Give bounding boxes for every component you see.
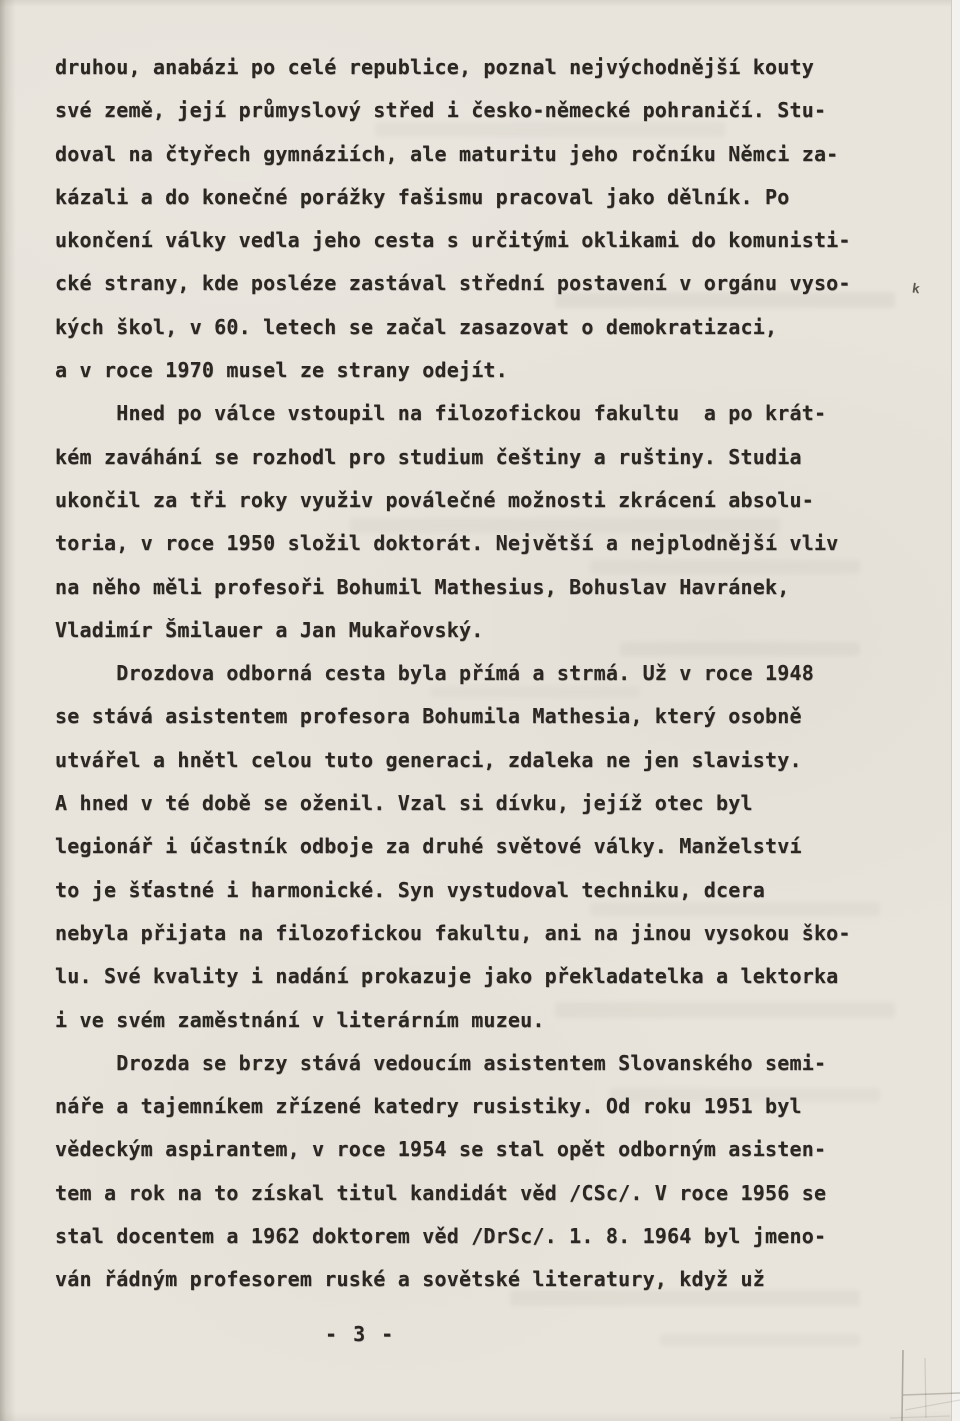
typewritten-line: vědeckým aspirantem, v roce 1954 se stal… xyxy=(55,1128,915,1171)
typewritten-line: Hned po válce vstoupil na filozofickou f… xyxy=(55,392,915,435)
bleed-through-smudge xyxy=(660,1334,860,1346)
page-number: - 3 - xyxy=(325,1322,395,1346)
scan-right-paper-edge xyxy=(951,0,960,1421)
typewritten-line: kém zaváhání se rozhodl pro studium češt… xyxy=(55,436,915,479)
typewritten-line: doval na čtyřech gymnáziích, ale maturit… xyxy=(55,133,915,176)
typewritten-line: utvářel a hnětl celou tuto generaci, zda… xyxy=(55,739,915,782)
typewritten-line: nebyla přijata na filozofickou fakultu, … xyxy=(55,912,915,955)
typewritten-line: své země, její průmyslový střed i česko-… xyxy=(55,89,915,132)
typewritten-line: lu. Své kvality i nadání prokazuje jako … xyxy=(55,955,915,998)
typewritten-line: A hned v té době se oženil. Vzal si dívk… xyxy=(55,782,915,825)
typewritten-text: druhou, anabázi po celé republice, pozna… xyxy=(55,46,915,1302)
typewritten-line: to je šťastné i harmonické. Syn vystudov… xyxy=(55,869,915,912)
typewritten-line: Vladimír Šmilauer a Jan Mukařovský. xyxy=(55,609,915,652)
typewritten-line: na něho měli profesoři Bohumil Mathesius… xyxy=(55,566,915,609)
typewritten-line: legionář i účastník odboje za druhé svět… xyxy=(55,825,915,868)
typewritten-line: se stává asistentem profesora Bohumila M… xyxy=(55,695,915,738)
typewritten-line: kých škol, v 60. letech se začal zasazov… xyxy=(55,306,915,349)
typewritten-line: cké strany, kde posléze zastával střední… xyxy=(55,262,915,305)
typewritten-line: Drozda se brzy stává vedoucím asistentem… xyxy=(55,1042,915,1085)
scan-left-edge-shadow xyxy=(0,0,16,1421)
typewritten-line: toria, v roce 1950 složil doktorát. Nejv… xyxy=(55,522,915,565)
typewritten-line: ván řádným profesorem ruské a sovětské l… xyxy=(55,1258,915,1301)
typewritten-line: ukončil za tři roky využiv poválečné mož… xyxy=(55,479,915,522)
typewritten-line: stal docentem a 1962 doktorem věd /DrSc/… xyxy=(55,1215,915,1258)
stray-pencil-mark: k xyxy=(911,282,921,298)
typewritten-line: druhou, anabázi po celé republice, pozna… xyxy=(55,46,915,89)
typewritten-line: Drozdova odborná cesta byla přímá a strm… xyxy=(55,652,915,695)
typewritten-line: ukončení války vedla jeho cesta s určitý… xyxy=(55,219,915,262)
typewritten-line: a v roce 1970 musel ze strany odejít. xyxy=(55,349,915,392)
typewritten-line: kázali a do konečné porážky fašismu prac… xyxy=(55,176,915,219)
pencil-scribble xyxy=(880,1338,960,1421)
scanned-page: druhou, anabázi po celé republice, pozna… xyxy=(0,0,960,1421)
typewritten-line: náře a tajemníkem zřízené katedry rusist… xyxy=(55,1085,915,1128)
typewritten-line: i ve svém zaměstnání v literárním muzeu. xyxy=(55,999,915,1042)
typewritten-line: tem a rok na to získal titul kandidát vě… xyxy=(55,1172,915,1215)
